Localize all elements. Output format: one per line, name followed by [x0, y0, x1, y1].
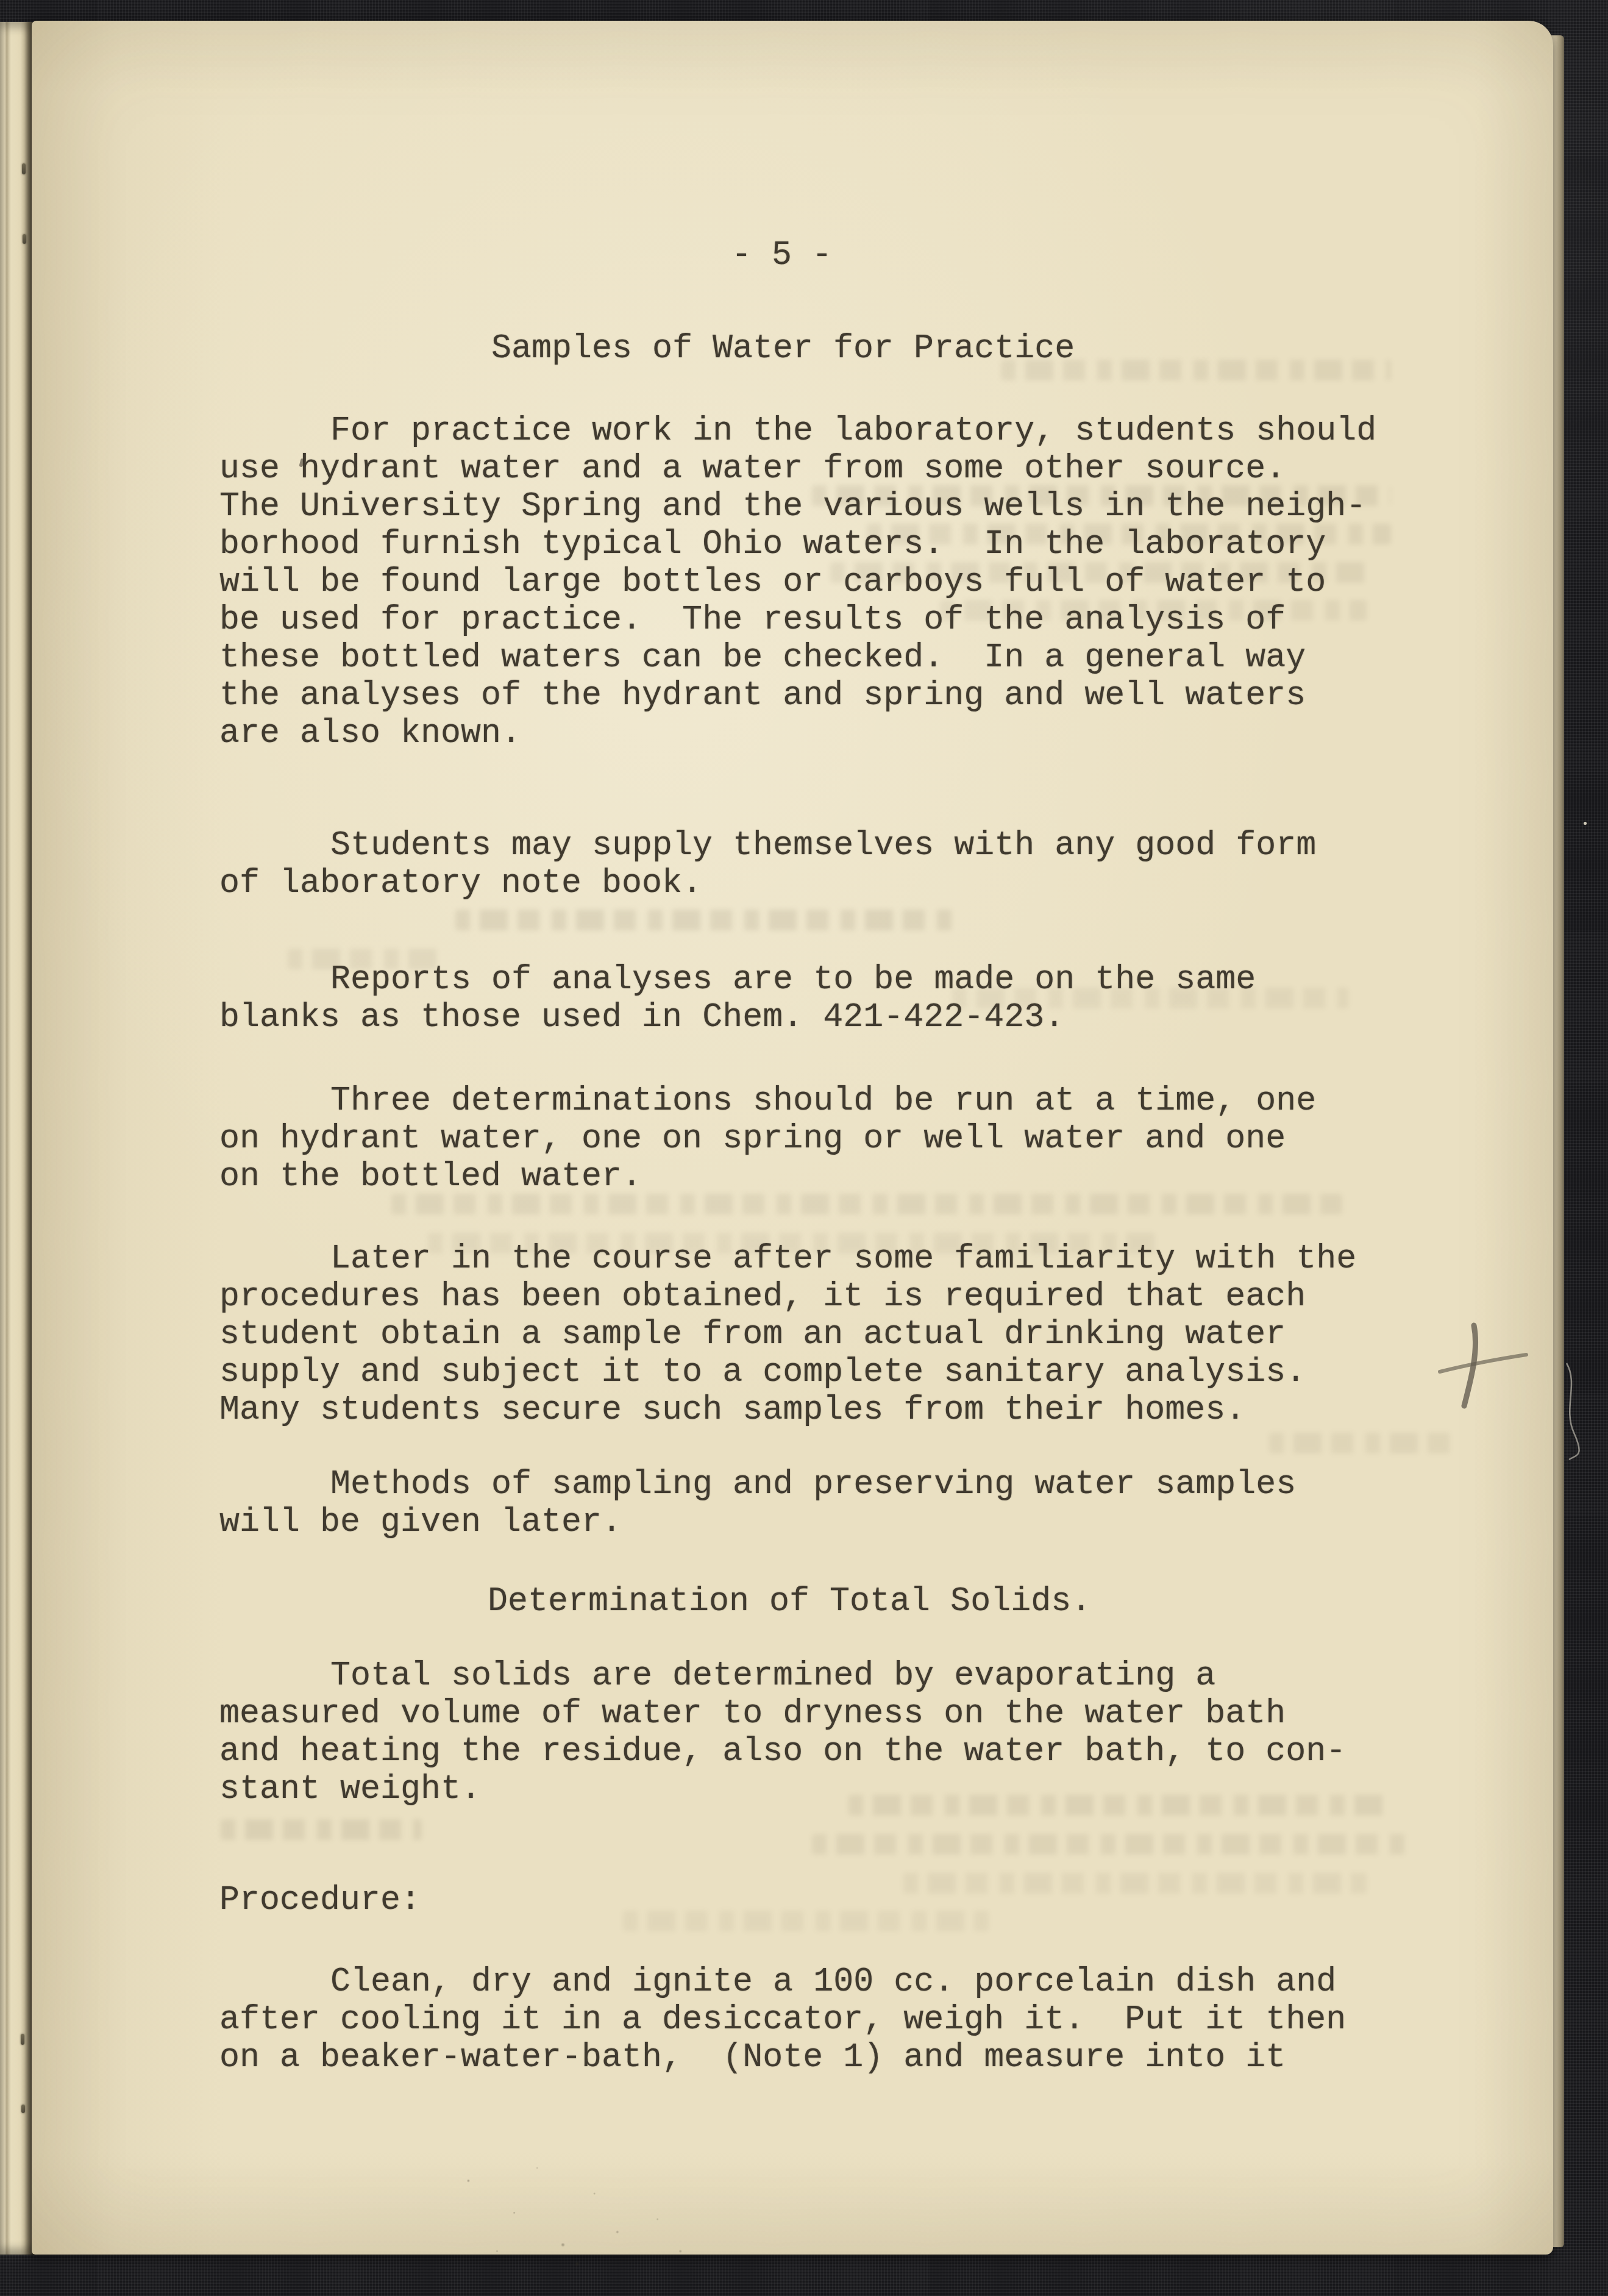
text-line: Clean, dry and ignite a 100 cc. porcelai…	[219, 1963, 1346, 2001]
text-line: be used for practice. The results of the…	[219, 601, 1376, 639]
paragraph: Three determinations should be run at a …	[219, 1082, 1316, 1196]
text-line: borhood furnish typical Ohio waters. In …	[219, 526, 1376, 563]
text-line: stant weight.	[219, 1770, 1346, 1808]
text-line: blanks as those used in Chem. 421-422-42…	[219, 999, 1256, 1036]
text-line: use hydrant water and a water from some …	[219, 450, 1376, 488]
bleed-through-text	[812, 1834, 1409, 1855]
dust-speck	[1584, 822, 1587, 825]
binding-stitch	[21, 2034, 24, 2045]
bleed-through-text	[903, 1873, 1367, 1894]
paragraph: Total solids are determined by evaporati…	[219, 1657, 1346, 1808]
text-line: on the bottled water.	[219, 1158, 1316, 1196]
paragraph: Clean, dry and ignite a 100 cc. porcelai…	[219, 1963, 1346, 2077]
bleed-through-text	[221, 1819, 422, 1840]
text-line: are also known.	[219, 715, 1376, 752]
section-title: Samples of Water for Practice	[491, 330, 1075, 368]
text-line: supply and subject it to a complete sani…	[219, 1353, 1356, 1391]
text-line: on hydrant water, one on spring or well …	[219, 1120, 1316, 1158]
text-line: procedures has been obtained, it is requ…	[219, 1278, 1356, 1316]
bleed-through-text	[391, 1194, 1342, 1214]
text-line: these bottled waters can be checked. In …	[219, 639, 1376, 677]
paragraph: Methods of sampling and preserving water…	[219, 1466, 1296, 1541]
text-line: Methods of sampling and preserving water…	[219, 1466, 1296, 1503]
pencil-cross-annotation	[1426, 1318, 1542, 1422]
paragraph: Reports of analyses are to be made on th…	[219, 961, 1256, 1036]
page-number: - 5 -	[731, 237, 832, 274]
text-line: of laboratory note book.	[219, 865, 1316, 902]
page-edges-left	[0, 22, 35, 2255]
text-line: For practice work in the laboratory, stu…	[219, 412, 1376, 450]
text-line: Total solids are determined by evaporati…	[219, 1657, 1346, 1695]
ink-speckles	[434, 2142, 720, 2270]
text-line: will be given later.	[219, 1503, 1296, 1541]
text-line: measured volume of water to dryness on t…	[219, 1695, 1346, 1733]
paragraph: For practice work in the laboratory, stu…	[219, 412, 1376, 752]
book-scan: - 5 - Samples of Water for Practice For …	[0, 0, 1608, 2296]
text-line: student obtain a sample from an actual d…	[219, 1316, 1356, 1353]
binding-stitch	[23, 234, 26, 244]
text-line: Reports of analyses are to be made on th…	[219, 961, 1256, 999]
paragraph: Later in the course after some familiari…	[219, 1240, 1356, 1429]
text-line: on a beaker-water-bath, (Note 1) and mea…	[219, 2039, 1346, 2077]
text-line: Many students secure such samples from t…	[219, 1391, 1356, 1429]
binding-stitch	[22, 163, 26, 174]
text-line: after cooling it in a desiccator, weigh …	[219, 2001, 1346, 2039]
document-page: - 5 - Samples of Water for Practice For …	[32, 21, 1553, 2255]
text-line: will be found large bottles or carboys f…	[219, 563, 1376, 601]
bleed-through-text	[623, 1911, 989, 1931]
text-line: The University Spring and the various we…	[219, 488, 1376, 526]
text-line: the analyses of the hydrant and spring a…	[219, 677, 1376, 715]
bleed-through-text	[455, 910, 955, 930]
text-line: Three determinations should be run at a …	[219, 1082, 1316, 1120]
text-line: Students may supply themselves with any …	[219, 827, 1316, 865]
text-line: and heating the residue, also on the wat…	[219, 1733, 1346, 1770]
paragraph: Students may supply themselves with any …	[219, 827, 1316, 902]
procedure-label: Procedure:	[219, 1881, 421, 1919]
text-line: Later in the course after some familiari…	[219, 1240, 1356, 1278]
subsection-heading: Determination of Total Solids.	[488, 1583, 1091, 1620]
bleed-through-text	[1269, 1433, 1452, 1453]
binding-stitch	[21, 2105, 25, 2113]
